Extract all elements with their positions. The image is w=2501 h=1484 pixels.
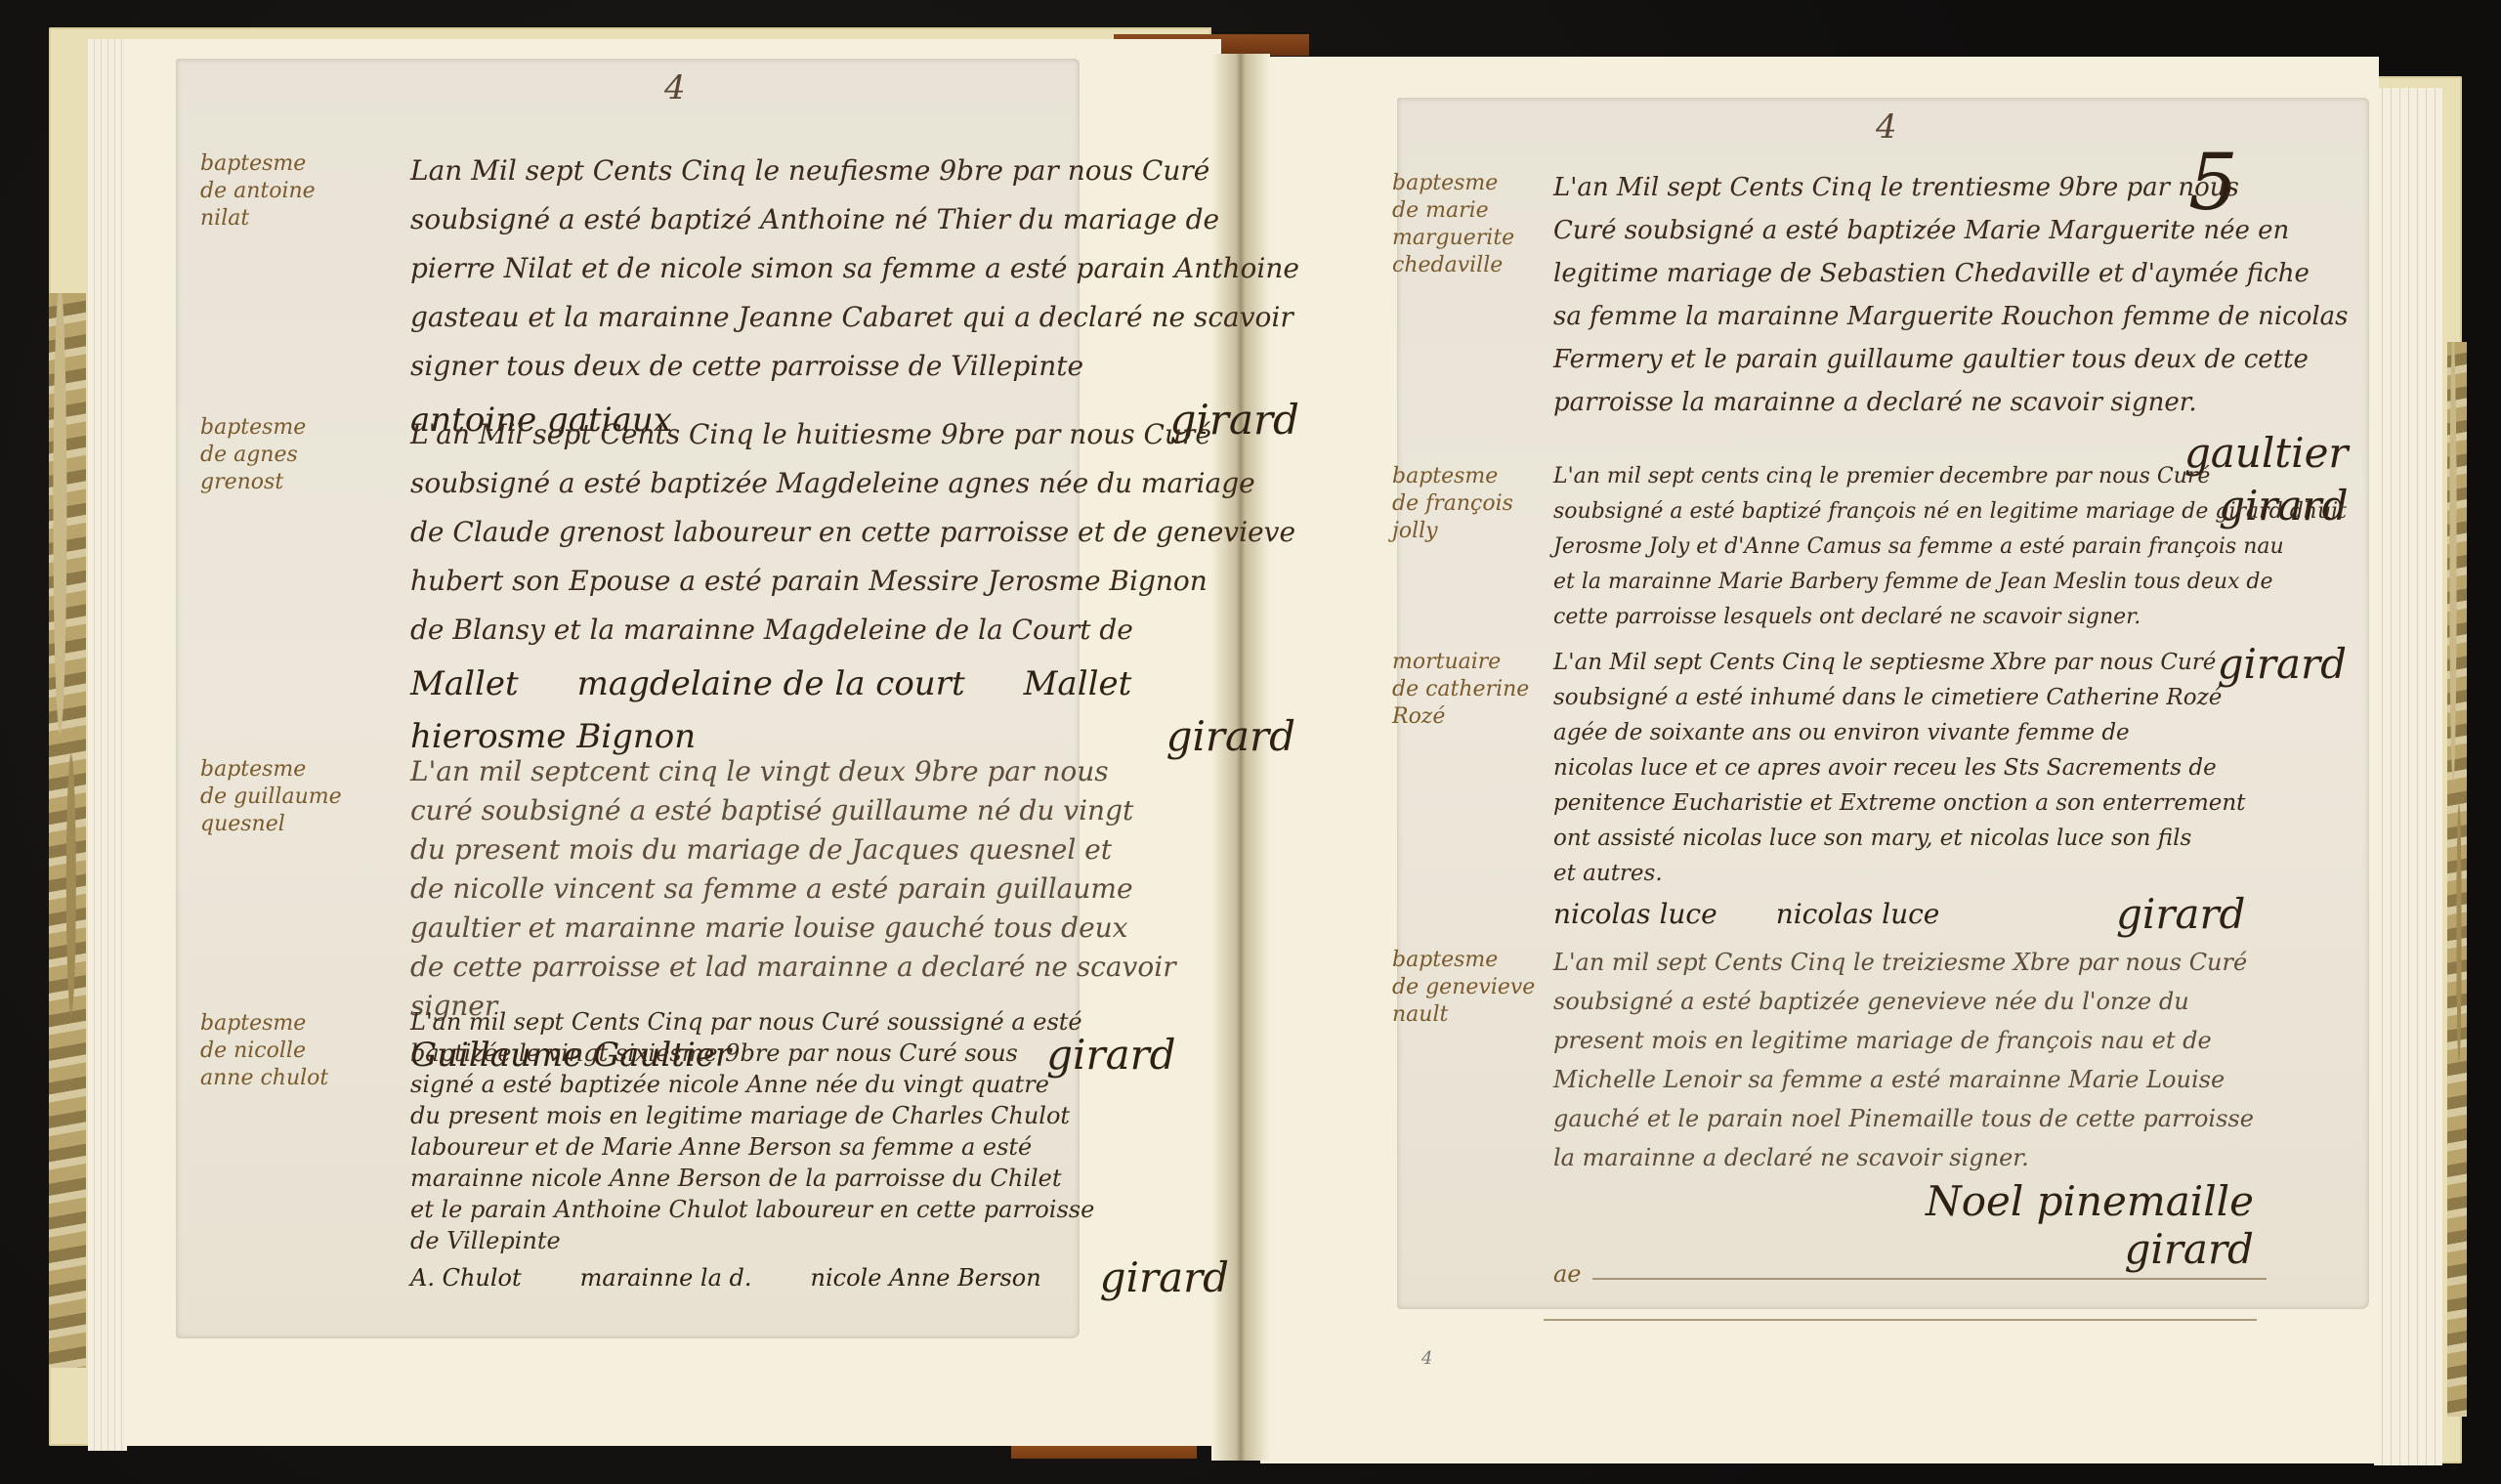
signature: magdelaine de la court — [577, 660, 965, 707]
margin-note: baptesme de guillaume quesnel — [200, 756, 366, 838]
pencil-number: 4 — [1421, 1348, 1432, 1369]
priest-signature: girard — [1166, 713, 1295, 760]
entry-body: Lan Mil sept Cents Cinq le neufiesme 9br… — [410, 147, 1299, 391]
signature: nicole Anne Berson — [811, 1262, 1041, 1293]
marbled-endpaper-left — [49, 293, 86, 1368]
margin-note: mortuaire de catherine Rozé — [1392, 649, 1539, 731]
register-entry: baptesme de nicolle anne chulot L'an mil… — [410, 1006, 1229, 1293]
signature: marainne la d. — [580, 1262, 752, 1293]
folio-mark-left: 4 — [664, 68, 686, 107]
closing-line — [1592, 1278, 2267, 1280]
entry-body: L'an Mil sept Cents Cinq le trentiesme 9… — [1553, 166, 2349, 424]
register-entry: baptesme de agnes grenost L'an Mil sept … — [410, 410, 1295, 760]
signatures: Mallet magdelaine de la court Mallet — [410, 660, 1295, 707]
margin-note: baptesme de marie marguerite chedaville — [1392, 170, 1539, 279]
entry-body: L'an Mil sept Cents Cinq le huitiesme 9b… — [410, 410, 1295, 655]
margin-note: baptesme de agnes grenost — [200, 414, 366, 496]
signatures: nicolas luce nicolas luce girard — [1553, 897, 2245, 932]
entry-body: L'an Mil sept Cents Cinq le septiesme Xb… — [1553, 645, 2245, 891]
signature: Mallet — [410, 660, 519, 707]
signatures: Noel pinemaille — [1553, 1183, 2254, 1220]
signature: nicolas luce — [1776, 897, 1940, 932]
register-entry: baptesme de antoine nilat Lan Mil sept C… — [410, 147, 1299, 444]
signature: A. Chulot — [410, 1262, 522, 1293]
marbled-endpaper-right — [2447, 342, 2467, 1417]
entry-body: L'an mil sept Cents Cinq le treiziesme X… — [1553, 943, 2254, 1177]
register-entry: baptesme de genevieve nault L'an mil sep… — [1553, 943, 2254, 1273]
entry-body: L'an mil septcent cinq le vingt deux 9br… — [410, 752, 1176, 1026]
signatures: A. Chulot marainne la d. nicole Anne Ber… — [410, 1262, 1229, 1293]
register-entry: mortuaire de catherine Rozé L'an Mil sep… — [1553, 645, 2245, 932]
priest-signature: girard — [2116, 897, 2245, 932]
closing-line — [1544, 1319, 2257, 1321]
closing-mark: ae — [1553, 1260, 1582, 1288]
entry-body: L'an mil sept Cents Cinq par nous Curé s… — [410, 1006, 1229, 1256]
margin-note: baptesme de antoine nilat — [200, 150, 366, 233]
signatures: girard — [1553, 1226, 2254, 1273]
margin-note: baptesme de françois jolly — [1392, 463, 1539, 545]
priest-signature: girard — [2125, 1226, 2254, 1273]
priest-signature: girard — [1100, 1262, 1229, 1293]
signature: Mallet — [1024, 660, 1132, 707]
page-edges-right — [2374, 88, 2442, 1465]
signature: nicolas luce — [1553, 897, 1717, 932]
margin-note: baptesme de genevieve nault — [1392, 947, 1539, 1029]
signature: Noel pinemaille — [1926, 1183, 2254, 1220]
folio-mark-right: 4 — [1876, 107, 1897, 147]
page-edges-left — [88, 39, 127, 1451]
margin-note: baptesme de nicolle anne chulot — [200, 1010, 366, 1092]
entry-body: L'an mil sept cents cinq le premier dece… — [1553, 459, 2347, 635]
